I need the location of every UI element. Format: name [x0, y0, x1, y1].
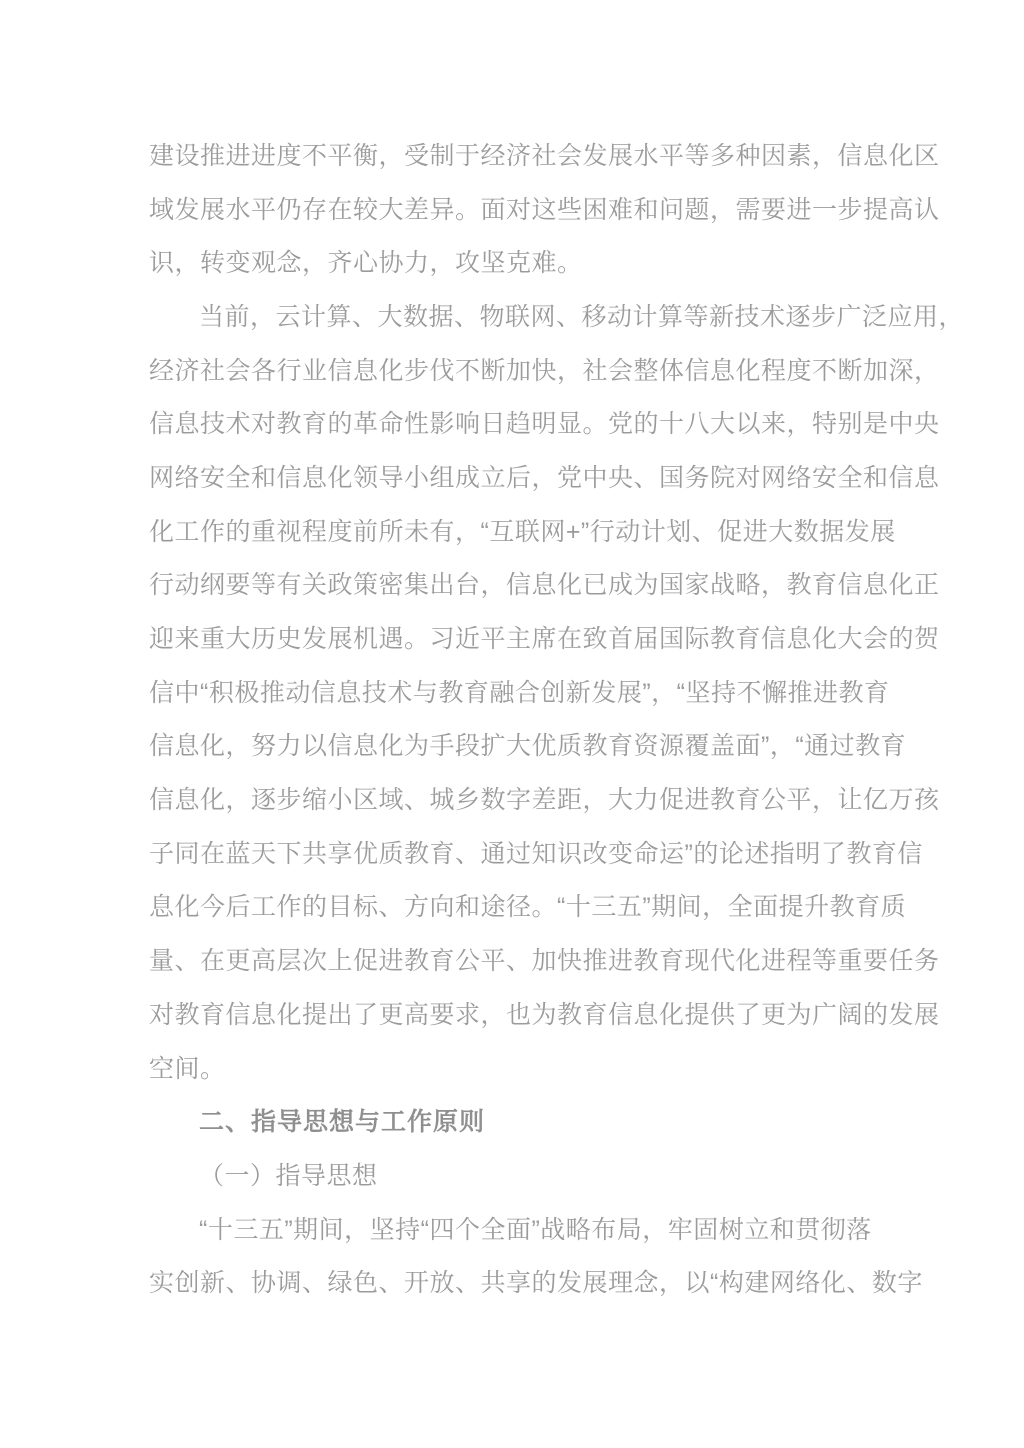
text-line: 行动纲要等有关政策密集出台，信息化已成为国家战略，教育信息化正	[149, 557, 876, 611]
text-line: 信息化，努力以信息化为手段扩大优质教育资源覆盖面”，“通过教育	[149, 718, 876, 772]
text-line: 实创新、协调、绿色、开放、共享的发展理念，以“构建网络化、数字	[149, 1254, 876, 1308]
paragraph-body: “十三五”期间，坚持“四个全面”战略布局，牢固树立和贯彻落 实创新、协调、绿色、…	[149, 1201, 876, 1308]
text-line: 识，转变观念，齐心协力，攻坚克难。	[149, 234, 876, 288]
text-line: 信中“积极推动信息技术与教育融合创新发展”，“坚持不懈推进教育	[149, 664, 876, 718]
subsection-heading: （一）指导思想	[149, 1147, 876, 1201]
text-line: 当前，云计算、大数据、物联网、移动计算等新技术逐步广泛应用，	[149, 288, 876, 342]
document-page: 建设推进进度不平衡，受制于经济社会发展水平等多种因素，信息化区 域发展水平仍存在…	[0, 0, 1024, 1448]
text-line: 子同在蓝天下共享优质教育、通过知识改变命运”的论述指明了教育信	[149, 825, 876, 879]
text-line: 建设推进进度不平衡，受制于经济社会发展水平等多种因素，信息化区	[149, 127, 876, 181]
text-line: 信息技术对教育的革命性影响日趋明显。党的十八大以来，特别是中央	[149, 395, 876, 449]
text-line: 空间。	[149, 1040, 876, 1094]
text-line: 迎来重大历史发展机遇。习近平主席在致首届国际教育信息化大会的贺	[149, 610, 876, 664]
text-line: 对教育信息化提出了更高要求，也为教育信息化提供了更为广阔的发展	[149, 986, 876, 1040]
text-line: 信息化，逐步缩小区域、城乡数字差距，大力促进教育公平，让亿万孩	[149, 771, 876, 825]
text-line: 经济社会各行业信息化步伐不断加快，社会整体信息化程度不断加深，	[149, 342, 876, 396]
text-line: 网络安全和信息化领导小组成立后，党中央、国务院对网络安全和信息	[149, 449, 876, 503]
text-line: “十三五”期间，坚持“四个全面”战略布局，牢固树立和贯彻落	[149, 1201, 876, 1255]
text-line: 息化今后工作的目标、方向和途径。“十三五”期间，全面提升教育质	[149, 879, 876, 933]
section-heading: 二、指导思想与工作原则	[149, 1093, 876, 1147]
paragraph-continuation: 建设推进进度不平衡，受制于经济社会发展水平等多种因素，信息化区 域发展水平仍存在…	[149, 127, 876, 288]
text-line: 化工作的重视程度前所未有，“互联网+”行动计划、促进大数据发展	[149, 503, 876, 557]
text-line: 量、在更高层次上促进教育公平、加快推进教育现代化进程等重要任务	[149, 932, 876, 986]
paragraph-body: 当前，云计算、大数据、物联网、移动计算等新技术逐步广泛应用， 经济社会各行业信息…	[149, 288, 876, 1093]
section-heading-text: 二、指导思想与工作原则	[149, 1093, 876, 1147]
subsection-heading-text: （一）指导思想	[149, 1147, 876, 1201]
text-line: 域发展水平仍存在较大差异。面对这些困难和问题，需要进一步提高认	[149, 181, 876, 235]
